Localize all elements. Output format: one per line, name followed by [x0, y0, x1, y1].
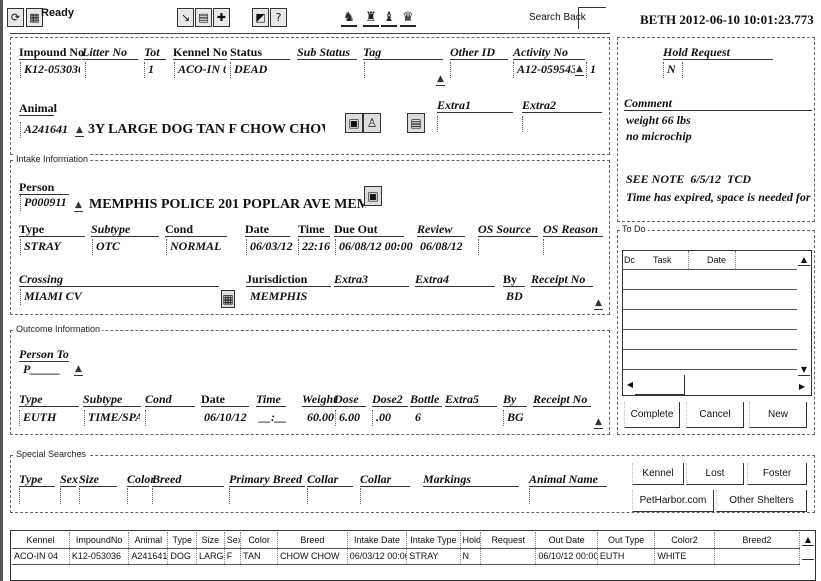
search-type-field[interactable]: [19, 488, 55, 504]
person-to-lookup-icon[interactable]: ▲: [74, 362, 83, 376]
calculator-button[interactable]: ▤: [407, 113, 425, 133]
person-to-field[interactable]: P_____: [20, 362, 68, 378]
todo-grid[interactable]: Dc Task Date ▲ ▼ ◀ ▶: [622, 250, 812, 396]
person-description: MEMPHIS POLICE 201 POPLAR AVE MEMPHIS 38…: [86, 197, 366, 215]
hold-request-label: Hold Request: [663, 45, 773, 60]
jurisdiction-label: Jurisdiction: [246, 272, 331, 287]
todo-row-line: [623, 269, 797, 270]
animal-profile-button[interactable]: ♙: [363, 113, 381, 133]
todo-scroll-up-icon[interactable]: ▲: [798, 254, 810, 266]
foster-search-button[interactable]: Foster: [747, 463, 807, 485]
todo-row-line: [623, 309, 797, 310]
todo-row-line: [623, 349, 797, 350]
extra2-field[interactable]: [522, 116, 602, 132]
search-primary-breed-label: Primary Breed: [229, 472, 305, 487]
col-hold[interactable]: Hold: [460, 532, 481, 548]
search-color-field[interactable]: [127, 488, 149, 504]
todo-col-date[interactable]: Date: [707, 255, 726, 265]
todo-h-scrollbar-thumb[interactable]: [635, 375, 685, 395]
outcome-receipt-label: Receipt No: [533, 392, 591, 407]
review-field[interactable]: 06/08/12: [417, 239, 467, 255]
sub-status-label: Sub Status: [297, 45, 357, 60]
extra5-label: Extra5: [445, 392, 497, 407]
weight-label: Weight: [302, 392, 334, 407]
outcome-time-field[interactable]: __:__: [256, 410, 286, 426]
intake-by-label: By: [503, 272, 525, 287]
todo-row-line: [623, 369, 797, 370]
outcome-by-field[interactable]: BG: [503, 410, 527, 426]
search-size-field[interactable]: [79, 488, 117, 504]
col-intake-type[interactable]: Intake Type: [407, 532, 460, 548]
col-color[interactable]: Color: [241, 532, 278, 548]
person-icon: ♙: [367, 116, 378, 130]
cell-impound-no: K12-053036: [69, 548, 128, 564]
col-color2[interactable]: Color2: [655, 532, 714, 548]
person-detail-button[interactable]: ▣: [364, 186, 382, 206]
cell-intake-type: STRAY: [407, 548, 460, 564]
todo-row-line: [623, 289, 797, 290]
kennel-no-field[interactable]: ACO-IN 04: [174, 62, 226, 78]
jurisdiction-field[interactable]: MEMPHIS: [247, 289, 332, 305]
results-scrollbar-thumb[interactable]: [802, 550, 814, 560]
intake-title: Intake Information: [14, 154, 90, 164]
col-type[interactable]: Type: [168, 532, 197, 548]
new-button[interactable]: New: [749, 402, 807, 428]
tot-field[interactable]: 1: [144, 62, 164, 78]
results-scroll-up-icon[interactable]: ▲: [802, 534, 814, 546]
photo-icon: ▣: [348, 116, 359, 130]
col-size[interactable]: Size: [197, 532, 225, 548]
cell-type: DOG: [168, 548, 197, 564]
search-collar2-label: Collar: [360, 472, 410, 487]
document-button[interactable]: ▤: [195, 8, 212, 27]
search-color-label: Color: [127, 472, 149, 487]
animal-label: Animal: [19, 101, 54, 116]
tag-lookup-icon[interactable]: ▲: [436, 72, 445, 86]
cell-breed: CHOW CHOW: [278, 548, 348, 564]
status-label: Status: [230, 45, 290, 60]
crossing-label: Crossing: [19, 272, 219, 287]
cell-kennel: ACO-IN 04: [12, 548, 69, 564]
animal-description: 3Y LARGE DOG TAN F CHOW CHOW: [85, 122, 325, 140]
special-searches-title: Special Searches: [14, 449, 88, 459]
intake-receipt-label: Receipt No: [531, 272, 593, 287]
outcome-receipt-lookup-icon[interactable]: ▲: [594, 415, 603, 429]
cancel-button[interactable]: Cancel: [686, 402, 744, 428]
activity-lookup-icon[interactable]: ▲: [575, 62, 584, 76]
todo-col-task[interactable]: Task: [653, 255, 672, 265]
extra1-field[interactable]: [437, 116, 513, 132]
cell-size: LARGE: [197, 548, 225, 564]
outcome-time-label: Time: [256, 392, 286, 407]
cell-sex: F: [224, 548, 240, 564]
col-kennel[interactable]: Kennel: [12, 532, 69, 548]
medical-cross-icon: ✚: [217, 11, 226, 24]
animal-icon-1[interactable]: ♞: [341, 9, 357, 27]
extra2-label: Extra2: [522, 98, 602, 113]
impound-no-field[interactable]: K12-053036: [20, 62, 80, 78]
bottle-field[interactable]: 6: [412, 410, 440, 426]
map-icon: ▦: [222, 292, 233, 306]
outcome-type-field[interactable]: EUTH: [19, 410, 77, 426]
search-sex-label: Sex: [60, 472, 76, 487]
dose2-label: Dose2: [372, 392, 408, 407]
crossing-field[interactable]: MIAMI CV: [20, 289, 218, 305]
image-icon: ◩: [255, 11, 265, 24]
os-reason-label: OS Reason: [543, 222, 603, 237]
dose-field[interactable]: 6.00: [335, 410, 365, 426]
cell-color: TAN: [241, 548, 278, 564]
hold-field[interactable]: N: [663, 62, 675, 78]
search-primary-breed-field[interactable]: [229, 488, 305, 504]
search-markings-field[interactable]: [423, 488, 519, 504]
search-sex-field[interactable]: [60, 488, 76, 504]
refresh-icon: ⟳: [11, 11, 20, 24]
map-button[interactable]: ▦: [221, 290, 235, 308]
outcome-title: Outcome Information: [14, 324, 102, 334]
animal-icon-4[interactable]: ♛: [400, 9, 416, 27]
cell-breed2: [714, 548, 799, 564]
cell-out-date: 06/10/12 00:00: [536, 548, 598, 564]
litter-no-label: Litter No: [82, 45, 138, 60]
other-id-label: Other ID: [450, 45, 508, 60]
animal-id-field[interactable]: A241641: [20, 122, 70, 138]
request-field[interactable]: [682, 62, 762, 78]
person-id-field[interactable]: P000911: [20, 195, 68, 211]
help-icon: ?: [276, 11, 282, 24]
kennel-no-label: Kennel No: [173, 45, 227, 60]
todo-scroll-right-icon[interactable]: ▶: [796, 381, 808, 393]
intake-by-field[interactable]: BD: [503, 289, 525, 305]
kennel-search-button[interactable]: Kennel: [632, 463, 684, 485]
intake-date-label: Date: [245, 222, 290, 237]
outcome-subtype-field[interactable]: TIME/SPACE: [84, 410, 140, 426]
animal-icon-2[interactable]: ♜: [363, 9, 379, 27]
complete-button[interactable]: Complete: [624, 402, 680, 428]
tag-field[interactable]: [364, 62, 434, 78]
due-out-label: Due Out: [334, 222, 404, 237]
activity-no-field[interactable]: A12-059543: [513, 62, 575, 78]
animal-icon-3[interactable]: ♝: [381, 9, 397, 27]
search-animal-name-label: Animal Name: [529, 472, 607, 487]
intake-time-field[interactable]: 22:16: [298, 239, 332, 255]
comment-line-5[interactable]: Time has expired, space is needed for: [626, 190, 811, 205]
search-type-label: Type: [19, 472, 55, 487]
petharbor-button[interactable]: PetHarbor.com: [632, 490, 714, 512]
intake-subtype-field[interactable]: OTC: [92, 239, 158, 255]
extra3-label: Extra3: [334, 272, 409, 287]
status-text: Ready: [41, 7, 74, 19]
outcome-cond-field[interactable]: [145, 410, 195, 426]
dose-label: Dose: [334, 392, 366, 407]
outcome-by-label: By: [503, 392, 527, 407]
intake-date-field[interactable]: 06/03/12: [246, 239, 294, 255]
todo-title: To Do: [620, 224, 648, 234]
litter-no-field[interactable]: [85, 62, 135, 78]
intake-type-field[interactable]: STRAY: [20, 239, 84, 255]
col-breed2[interactable]: Breed2: [714, 532, 799, 548]
col-divider: [735, 251, 736, 269]
intake-receipt-lookup-icon[interactable]: ▲: [594, 296, 603, 310]
window-left-edge: [0, 0, 3, 581]
search-size-label: Size: [79, 472, 117, 487]
intake-subtype-label: Subtype: [91, 222, 159, 237]
results-table[interactable]: Kennel ImpoundNo Animal Type Size Sex Co…: [12, 532, 800, 565]
cell-color2: WHITE: [655, 548, 714, 564]
pointer-icon: ↘: [181, 11, 190, 24]
cell-out-type: EUTH: [597, 548, 654, 564]
medical-button[interactable]: ✚: [213, 8, 230, 27]
comment-line-4[interactable]: SEE NOTE 6/5/12 TCD: [626, 172, 751, 187]
os-reason-field[interactable]: [543, 239, 601, 255]
toolbar-divider: [10, 33, 610, 34]
pointer-button[interactable]: ↘: [177, 8, 194, 27]
search-collar2-field[interactable]: [360, 488, 410, 504]
notes-icon: ▦: [29, 11, 39, 24]
person-lookup-icon[interactable]: ▲: [74, 198, 83, 212]
col-intake-date[interactable]: Intake Date: [347, 532, 406, 548]
calculator-icon: ▤: [410, 116, 421, 130]
search-back-input[interactable]: [578, 7, 606, 29]
help-button[interactable]: ?: [270, 8, 287, 27]
intake-cond-label: Cond: [165, 222, 227, 237]
outcome-cond-label: Cond: [145, 392, 195, 407]
other-id-field[interactable]: [450, 62, 508, 78]
col-request[interactable]: Request: [481, 532, 536, 548]
bottle-label: Bottle: [410, 392, 442, 407]
weight-field[interactable]: 60.00: [304, 410, 334, 426]
animal-lookup-icon[interactable]: ▲: [75, 123, 84, 137]
cell-animal: A241641: [129, 548, 168, 564]
extra4-label: Extra4: [415, 272, 495, 287]
due-out-field[interactable]: 06/08/12 00:00: [335, 239, 415, 255]
os-source-label: OS Source: [478, 222, 538, 237]
todo-scroll-down-icon[interactable]: ▼: [798, 364, 810, 376]
cell-request: [481, 548, 536, 564]
dose2-field[interactable]: .00: [372, 410, 406, 426]
intake-cond-field[interactable]: NORMAL: [166, 239, 226, 255]
search-collar1-label: Collar: [307, 472, 353, 487]
search-collar1-field[interactable]: [307, 488, 353, 504]
col-out-date[interactable]: Out Date: [536, 532, 598, 548]
comment-label: Comment: [624, 96, 812, 111]
person-to-label: Person To: [19, 347, 69, 362]
outcome-date-label: Date: [201, 392, 249, 407]
tot-label: Tot: [144, 45, 166, 60]
other-shelters-button[interactable]: Other Shelters: [716, 490, 807, 512]
cell-intake-date: 06/03/12 00:00: [347, 548, 406, 564]
col-animal[interactable]: Animal: [129, 532, 168, 548]
activity-seq-field[interactable]: 1: [586, 62, 600, 78]
col-sex[interactable]: Sex: [224, 532, 240, 548]
comment-line-1[interactable]: weight 66 lbs: [626, 113, 691, 128]
activity-no-label: Activity No: [513, 45, 585, 60]
col-impound-no[interactable]: ImpoundNo: [69, 532, 128, 548]
user-timestamp: BETH 2012-06-10 10:01:23.773: [640, 12, 814, 28]
search-breed-label: Breed: [152, 472, 224, 487]
impound-no-label: Impound No: [19, 45, 81, 60]
table-row[interactable]: ACO-IN 04 K12-053036 A241641 DOG LARGE F…: [12, 548, 800, 564]
intake-time-label: Time: [298, 222, 330, 237]
status-field[interactable]: DEAD: [230, 62, 290, 78]
animal-photo-button[interactable]: ▣: [345, 113, 363, 133]
cell-hold: N: [460, 548, 481, 564]
outcome-subtype-label: Subtype: [83, 392, 141, 407]
image-button[interactable]: ◩: [252, 8, 269, 27]
comment-line-2[interactable]: no microchip: [626, 129, 692, 144]
intake-type-label: Type: [19, 222, 85, 237]
outcome-date-field[interactable]: 06/10/12: [201, 410, 249, 426]
todo-col-dc[interactable]: Dc: [624, 255, 635, 265]
id-card-icon: ▣: [367, 189, 378, 203]
os-source-field[interactable]: [478, 239, 536, 255]
refresh-button[interactable]: ⟳: [7, 8, 24, 27]
search-breed-field[interactable]: [152, 488, 224, 504]
review-label: Review: [417, 222, 465, 237]
extra1-label: Extra1: [437, 98, 513, 113]
search-animal-name-field[interactable]: [529, 488, 607, 504]
lost-search-button[interactable]: Lost: [686, 463, 744, 485]
person-label: Person: [19, 180, 69, 195]
col-breed[interactable]: Breed: [278, 532, 348, 548]
todo-row-line: [623, 329, 797, 330]
search-markings-label: Markings: [423, 472, 519, 487]
document-icon: ▤: [198, 11, 208, 24]
outcome-type-label: Type: [19, 392, 79, 407]
col-out-type[interactable]: Out Type: [597, 532, 654, 548]
results-header-row: Kennel ImpoundNo Animal Type Size Sex Co…: [12, 532, 800, 548]
col-divider: [688, 251, 689, 269]
tag-label: Tag: [363, 45, 443, 60]
